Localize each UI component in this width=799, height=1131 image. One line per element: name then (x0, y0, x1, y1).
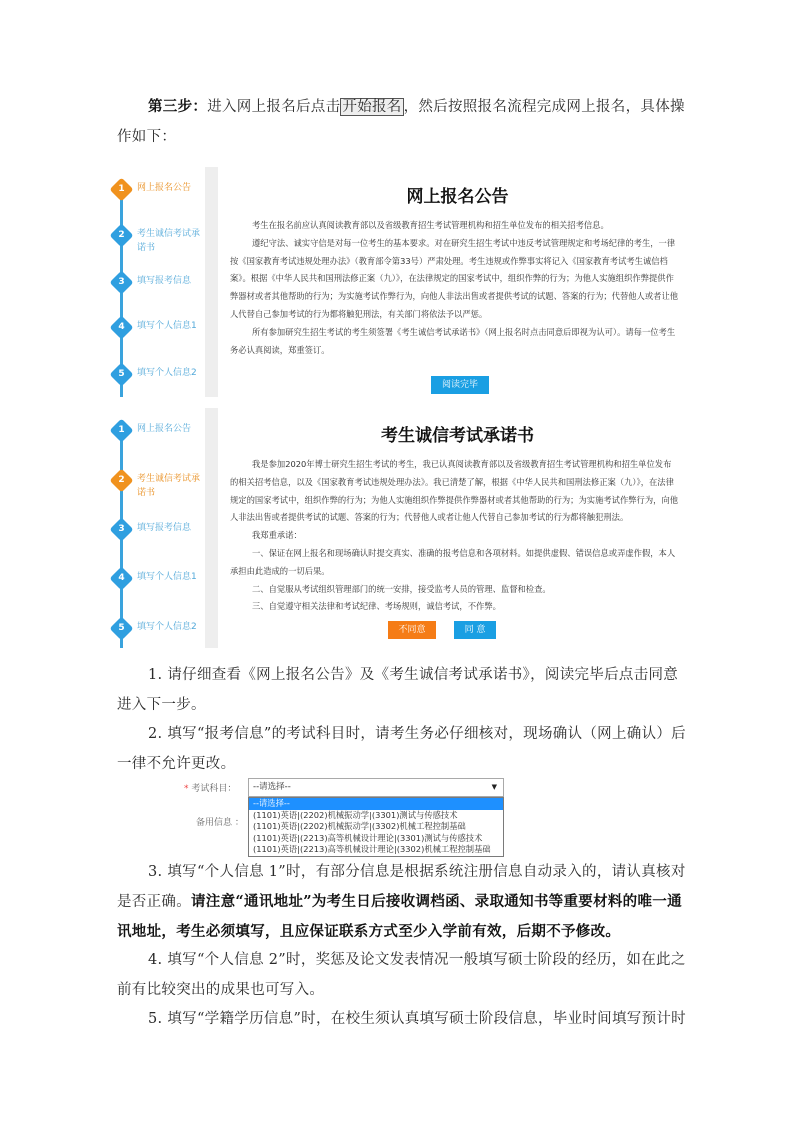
subject-form-screenshot: * 考试科目： --请选择-- ▼ 备用信息 ： --请选择-- (1101)英… (170, 775, 510, 860)
pledge-content: 考生诚信考试承诺书 我是参加2020年博士研究生招生考试的考生，我已认真阅读教育… (218, 408, 697, 648)
agree-button[interactable]: 同 意 (454, 621, 496, 639)
pledge-title: 考生诚信考试承诺书 (218, 421, 697, 446)
announcement-title: 网上报名公告 (218, 182, 697, 207)
step-number-icon: 4 (109, 315, 133, 339)
sidebar-step-4[interactable]: 4 填写个人信息1 (113, 319, 207, 336)
sidebar-step-5[interactable]: 5 填写个人信息2 (113, 620, 207, 637)
subject-select[interactable]: --请选择-- ▼ (248, 778, 504, 797)
instruction-4: 4. 填写“个人信息 2”时，奖惩及论文发表情况一般填写硕士阶段的经历，如在此之… (117, 945, 687, 1005)
instruction-3: 3. 填写“个人信息 1”时，有部分信息是根据系统注册信息自动录入的，请认真核对… (117, 857, 687, 947)
step-number-icon: 1 (109, 418, 133, 442)
step-number-icon: 5 (109, 362, 133, 386)
step-number-icon: 2 (109, 223, 133, 247)
sidebar-step-4[interactable]: 4 填写个人信息1 (113, 570, 207, 587)
step-number-icon: 3 (109, 270, 133, 294)
sidebar-step-3[interactable]: 3 填写报考信息 (113, 274, 207, 291)
option-item[interactable]: (1101)英语|(2213)高等机械设计理论|(3302)机械工程控制基础 (249, 844, 503, 856)
option-item[interactable]: --请选择-- (249, 798, 503, 810)
step-label: 第三步： (148, 98, 207, 115)
subject-label: * 考试科目： (184, 781, 236, 794)
step-number-icon: 1 (109, 177, 133, 201)
option-item[interactable]: (1101)英语|(2202)机械振动学|(3301)测试与传感技术 (249, 810, 503, 822)
sidebar-step-2[interactable]: 2 考生诚信考试承诺书 (113, 227, 207, 255)
pledge-body: 我是参加2020年博士研究生招生考试的考生，我已认真阅读教育部以及省级教育招生考… (218, 456, 697, 616)
announcement-screenshot: 1 网上报名公告 2 考生诚信考试承诺书 3 填写报考信息 4 填写个人信息1 … (105, 167, 697, 397)
pledge-screenshot: 1 网上报名公告 2 考生诚信考试承诺书 3 填写报考信息 4 填写个人信息1 … (105, 408, 697, 648)
sidebar-step-3[interactable]: 3 填写报考信息 (113, 521, 207, 538)
sidebar-step-1[interactable]: 1 网上报名公告 (113, 181, 207, 198)
announcement-content: 网上报名公告 考生在报名前应认真阅读教育部以及省级教育招生考试管理机构和招生单位… (218, 167, 697, 397)
backup-info-label: 备用信息 ： (196, 815, 244, 828)
dropdown-arrow-icon: ▼ (492, 779, 497, 796)
step-number-icon: 5 (109, 616, 133, 640)
option-item[interactable]: (1101)英语|(2213)高等机械设计理论|(3301)测试与传感技术 (249, 833, 503, 845)
sidebar-step-1[interactable]: 1 网上报名公告 (113, 422, 207, 439)
sidebar-step-2[interactable]: 2 考生诚信考试承诺书 (113, 472, 207, 500)
step-number-icon: 3 (109, 517, 133, 541)
disagree-button[interactable]: 不同意 (388, 621, 436, 639)
instruction-5: 5. 填写“学籍学历信息”时，在校生须认真填写硕士阶段信息，毕业时间填写预计时 (117, 1004, 687, 1034)
divider (205, 408, 218, 648)
announcement-body: 考生在报名前应认真阅读教育部以及省级教育招生考试管理机构和招生单位发布的相关招考… (218, 217, 697, 359)
step-sidebar: 1 网上报名公告 2 考生诚信考试承诺书 3 填写报考信息 4 填写个人信息1 … (105, 167, 205, 397)
finish-reading-button[interactable]: 阅读完毕 (431, 376, 489, 394)
step-sidebar: 1 网上报名公告 2 考生诚信考试承诺书 3 填写报考信息 4 填写个人信息1 … (105, 408, 205, 648)
step-number-icon: 2 (109, 468, 133, 492)
intro-paragraph: 第三步：进入网上报名后点击开始报名，然后按照报名流程完成网上报名，具体操作如下： (117, 92, 687, 152)
address-notice: 请注意“通讯地址”为考生日后接收调档函、录取通知书等重要材料的唯一通讯地址，考生… (117, 893, 682, 940)
sidebar-step-5[interactable]: 5 填写个人信息2 (113, 366, 207, 383)
step-number-icon: 4 (109, 566, 133, 590)
instruction-2: 2. 填写“报考信息”的考试科目时，请考生务必仔细核对，现场确认（网上确认）后一… (117, 719, 687, 779)
subject-options-list: --请选择-- (1101)英语|(2202)机械振动学|(3301)测试与传感… (248, 797, 504, 857)
instruction-1: 1. 请仔细查看《网上报名公告》及《考生诚信考试承诺书》，阅读完毕后点击同意进入… (117, 660, 687, 720)
option-item[interactable]: (1101)英语|(2202)机械振动学|(3302)机械工程控制基础 (249, 821, 503, 833)
start-registration-ref: 开始报名 (340, 98, 403, 116)
divider (205, 167, 218, 397)
